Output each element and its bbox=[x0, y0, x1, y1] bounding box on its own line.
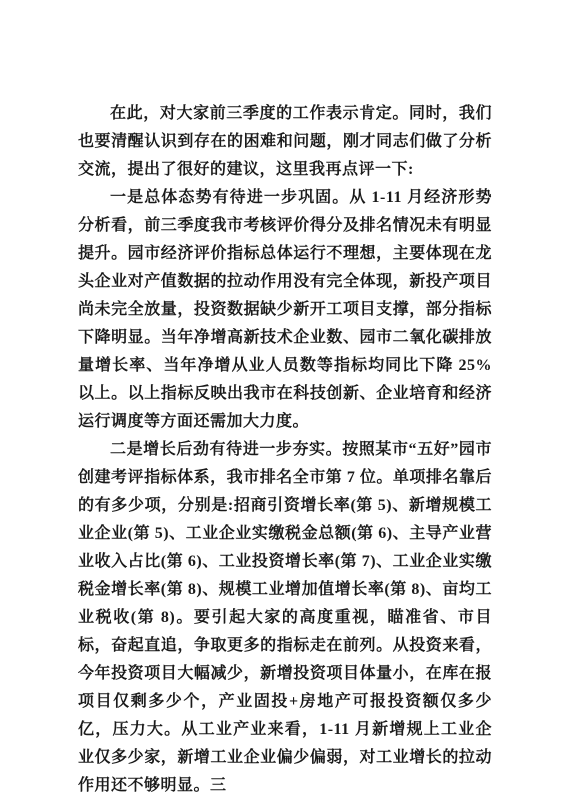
paragraph-point-two: 二是增长后劲有待进一步夯实。按照某市“五好”园市创建考评指标体系，我市排名全市第… bbox=[78, 436, 492, 800]
document-body: 在此，对大家前三季度的工作表示肯定。同时，我们也要清醒认识到存在的困难和问题，刚… bbox=[78, 100, 492, 800]
paragraph-point-one: 一是总体态势有待进一步巩固。从 1-11 月经济形势分析看，前三季度我市考核评价… bbox=[78, 184, 492, 436]
paragraph-intro: 在此，对大家前三季度的工作表示肯定。同时，我们也要清醒认识到存在的困难和问题，刚… bbox=[78, 100, 492, 184]
document-page: 在此，对大家前三季度的工作表示肯定。同时，我们也要清醒认识到存在的困难和问题，刚… bbox=[0, 0, 570, 807]
